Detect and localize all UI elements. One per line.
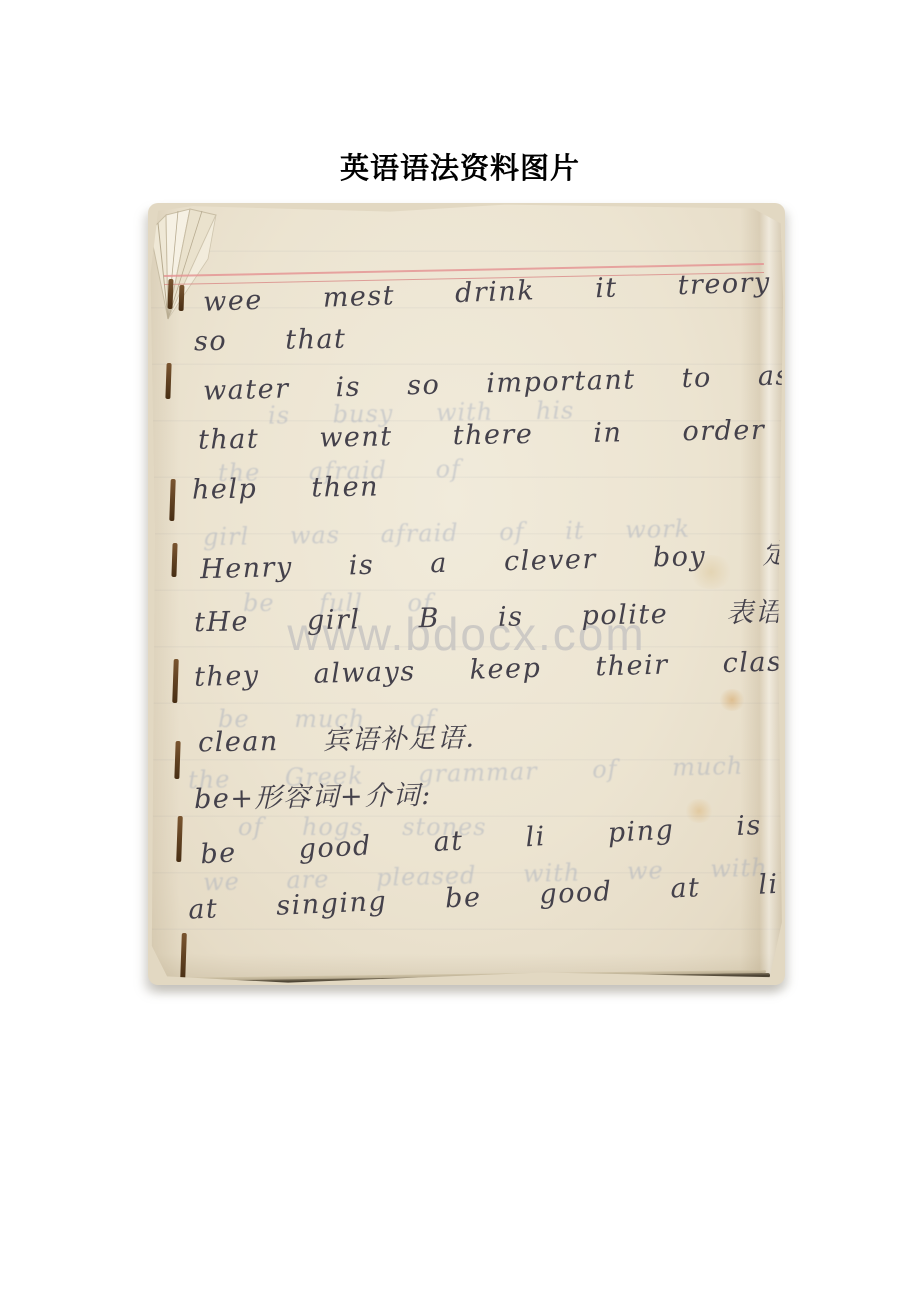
watermark: www.bdocx.com [287, 607, 645, 661]
notebook-photo: is busy with his the afraid of girl was … [148, 203, 785, 985]
handwriting-line: be+形容词+介词: [194, 773, 432, 816]
stitch-mark [176, 816, 182, 862]
notebook-paper: is busy with his the afraid of girl was … [148, 203, 785, 985]
handwriting-line: clean 宾语补足语. [198, 716, 476, 760]
paper-stain [688, 555, 734, 589]
paper-stain [684, 799, 714, 823]
stitch-mark [172, 659, 178, 703]
stitch-mark [179, 285, 184, 311]
handwriting-line: help then [192, 471, 379, 505]
paper-stain [718, 689, 746, 711]
document-title: 英语语法资料图片 [0, 146, 920, 187]
handwriting-line: so that [194, 324, 347, 358]
stitch-mark [169, 479, 175, 521]
stitch-mark [180, 933, 186, 981]
stitch-mark [165, 363, 171, 399]
stitch-mark [171, 543, 177, 577]
stitch-mark [174, 741, 180, 779]
